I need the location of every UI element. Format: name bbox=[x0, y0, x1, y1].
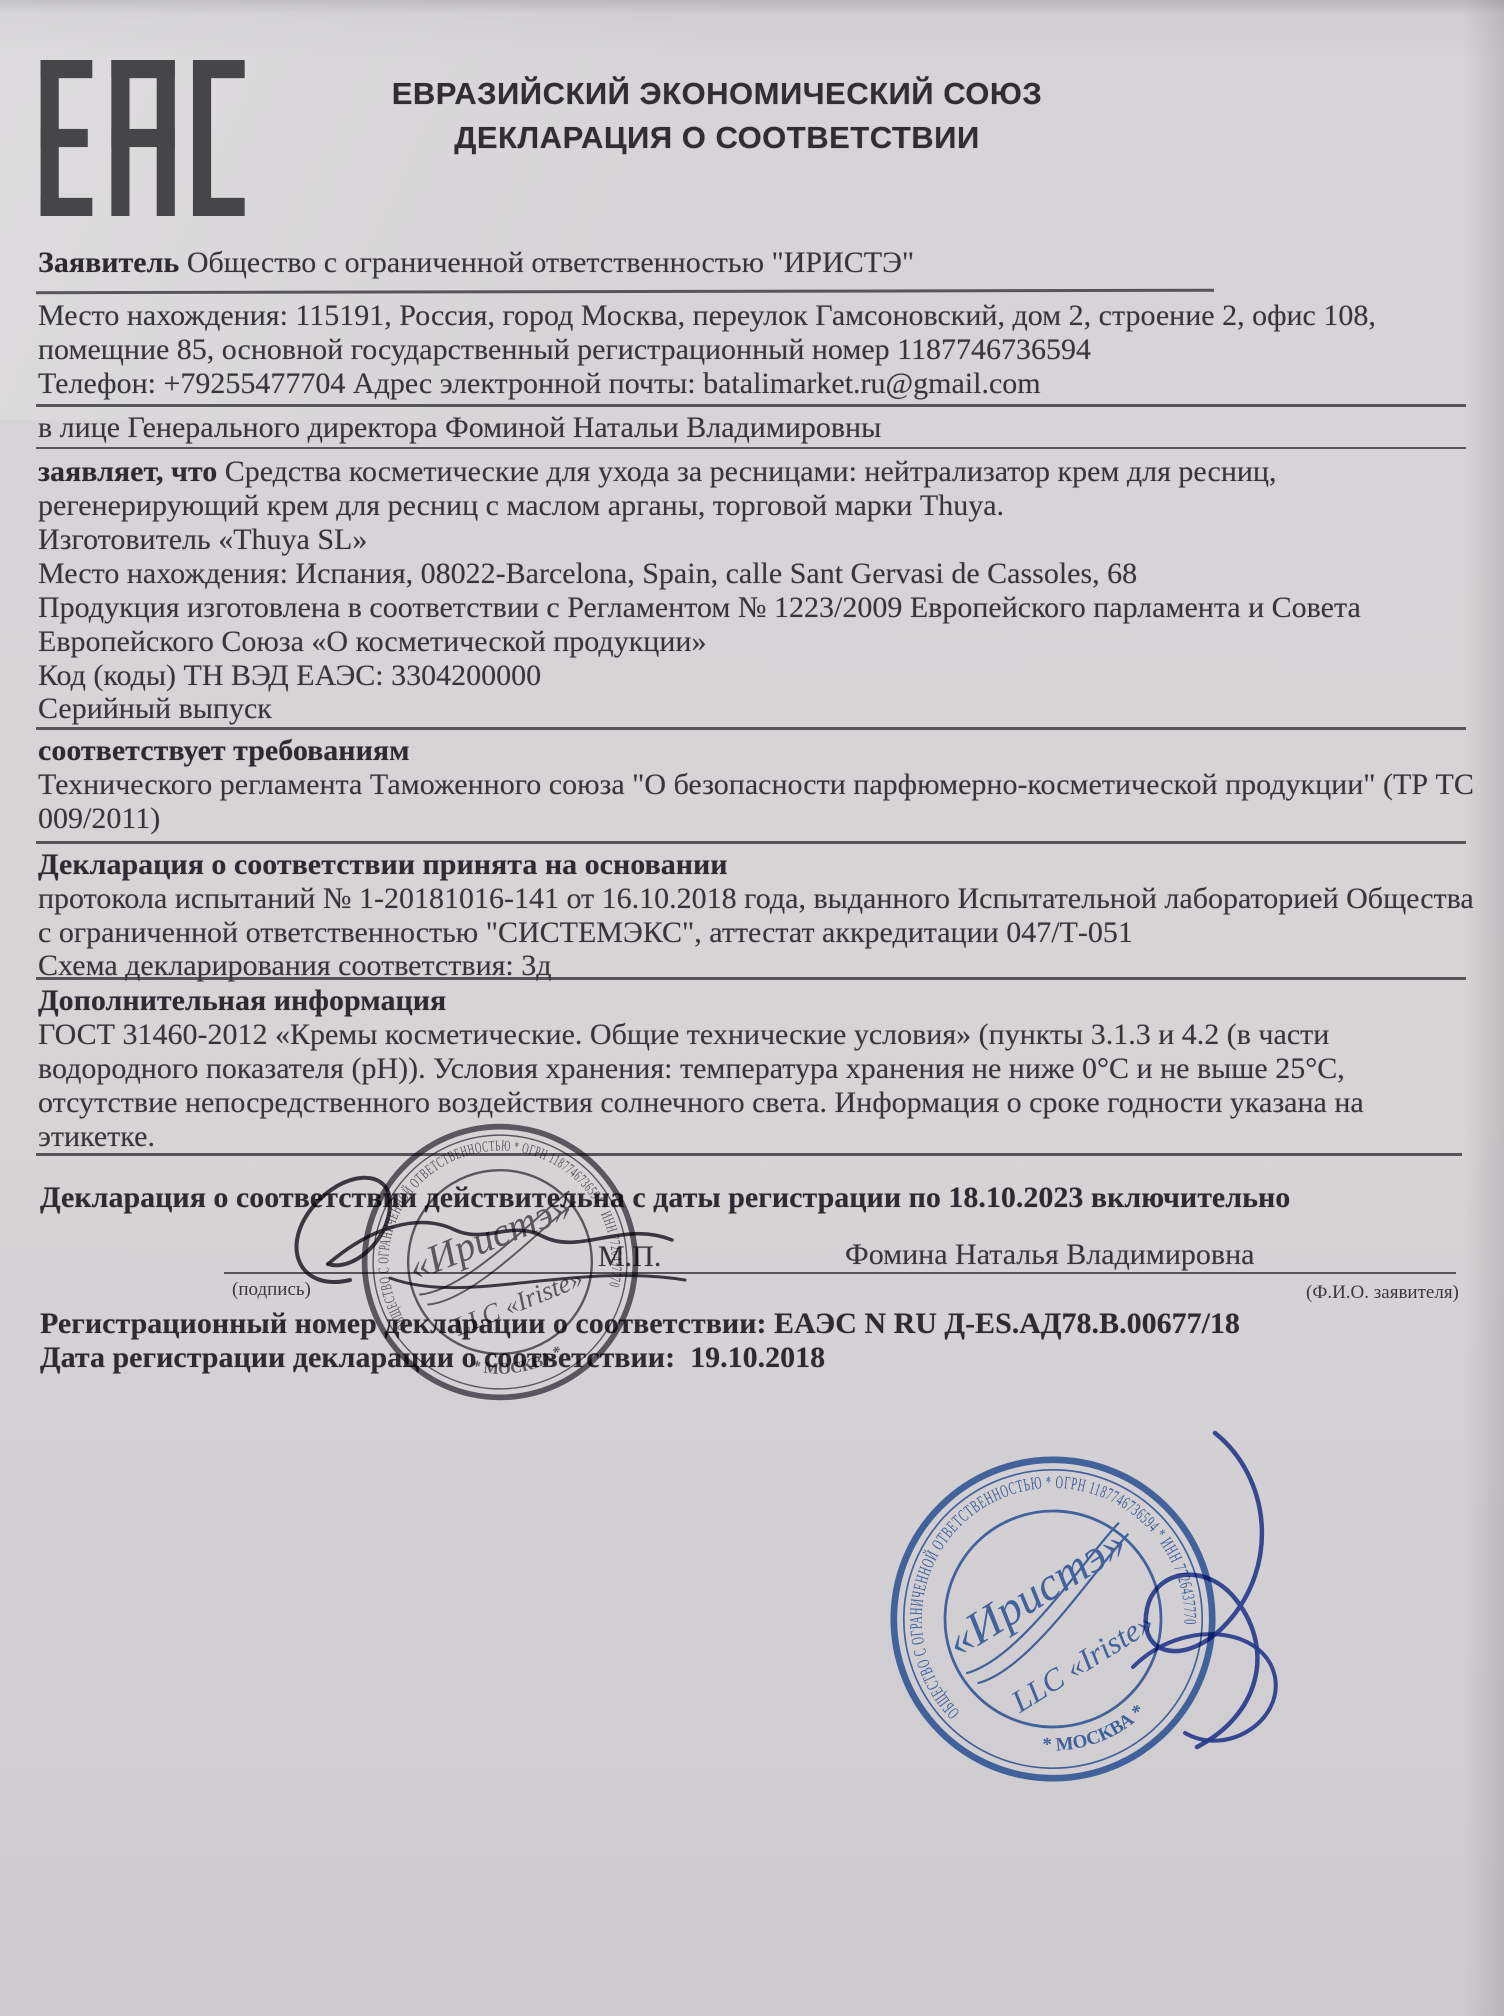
registration-date-line: Дата регистрации декларации о соответств… bbox=[40, 1341, 825, 1375]
svg-text:ОБЩЕСТВО С ОГРАНИЧЕННОЙ ОТВЕТС: ОБЩЕСТВО С ОГРАНИЧЕННОЙ ОТВЕТСТВЕННОСТЬЮ… bbox=[357, 1119, 631, 1335]
stamp-center-name: «Иристэ» bbox=[937, 1516, 1136, 1667]
stamp-city-text: * МОСКВА * bbox=[1035, 1698, 1153, 1767]
manufacturer: Изготовитель «Thuya SL» bbox=[38, 523, 367, 557]
compliance-line2: 009/2011) bbox=[38, 802, 160, 836]
svg-text:ОБЩЕСТВО С ОГРАНИЧЕННОЙ ОТВЕТС: ОБЩЕСТВО С ОГРАНИЧЕННОЙ ОТВЕТСТВЕННОСТЬЮ… bbox=[864, 1430, 1213, 1727]
additional-line4: этикетке. bbox=[38, 1120, 155, 1154]
declares-label: заявляет, что bbox=[38, 455, 217, 488]
basis-line1: протокола испытаний № 1-20181016-141 от … bbox=[38, 882, 1474, 916]
registration-number-line: Регистрационный номер декларации о соотв… bbox=[40, 1307, 1240, 1341]
signature-caption: (подпись) bbox=[232, 1279, 311, 1301]
rule-under-contacts bbox=[36, 404, 1466, 407]
applicant-label: Заявитель bbox=[38, 246, 179, 279]
applicant-address-line2: помещние 85, основной государственный ре… bbox=[38, 333, 1091, 367]
issue-type: Серийный выпуск bbox=[38, 692, 272, 726]
additional-line3: отсутствие непосредственного воздействия… bbox=[38, 1086, 1364, 1120]
applicant-name: Общество с ограниченной ответственностью… bbox=[179, 246, 914, 279]
eac-logo-icon bbox=[40, 60, 248, 216]
signature-handwritten bbox=[240, 1150, 740, 1325]
mp-label: М.П. bbox=[598, 1240, 661, 1274]
production-line2: Европейского Союза «О косметической прод… bbox=[38, 625, 706, 659]
tnved-code: Код (коды) ТН ВЭД ЕАЭС: 3304200000 bbox=[38, 659, 541, 693]
applicant-line: Заявитель Общество с ограниченной ответс… bbox=[38, 246, 914, 280]
declares-line1: заявляет, что Средства косметические для… bbox=[38, 455, 1276, 489]
production-line1: Продукция изготовлена в соответствии с Р… bbox=[38, 591, 1361, 625]
rule-under-issue-type bbox=[36, 727, 1466, 730]
applicant-contacts: Телефон: +79255477704 Адрес электронной … bbox=[38, 367, 1041, 401]
rule-under-compliance bbox=[36, 841, 1466, 844]
stamp-center-name-latin: LLC «Iriste» bbox=[1004, 1605, 1159, 1720]
stamp-ring-text: ОБЩЕСТВО С ОГРАНИЧЕННОЙ ОТВЕТСТВЕННОСТЬЮ… bbox=[864, 1430, 1213, 1727]
signer-name-caption: (Ф.И.О. заявителя) bbox=[1306, 1282, 1459, 1304]
svg-text:* МОСКВА *: * МОСКВА * bbox=[1035, 1698, 1153, 1767]
basis-heading: Декларация о соответствии принята на осн… bbox=[38, 848, 728, 882]
signature-rule bbox=[224, 1272, 1456, 1274]
declares-text-1: Средства косметические для ухода за ресн… bbox=[217, 455, 1276, 488]
applicant-address-line1: Место нахождения: 115191, Россия, город … bbox=[38, 299, 1376, 333]
rule-under-additional bbox=[36, 1153, 1462, 1156]
represented-by: в лице Генерального директора Фоминой На… bbox=[38, 411, 881, 445]
compliance-line1: Технического регламента Таможенного союз… bbox=[38, 768, 1474, 802]
stamp-ring-text: ОБЩЕСТВО С ОГРАНИЧЕННОЙ ОТВЕТСТВЕННОСТЬЮ… bbox=[357, 1119, 631, 1335]
compliance-heading: соответствует требованиям bbox=[38, 734, 410, 768]
validity-line: Декларация о соответствии действительна … bbox=[40, 1181, 1290, 1215]
document-title-line2: ДЕКЛАРАЦИЯ О СООТВЕТСТВИИ bbox=[252, 120, 1182, 156]
document-title-line1: ЕВРАЗИЙСКИЙ ЭКОНОМИЧЕСКИЙ СОЮЗ bbox=[252, 76, 1182, 112]
basis-line2: с ограниченной ответственностью "СИСТЕМЭ… bbox=[38, 916, 1133, 950]
rule-under-basis bbox=[36, 977, 1466, 980]
additional-line2: водородного показателя (рН)). Условия хр… bbox=[38, 1052, 1345, 1086]
additional-line1: ГОСТ 31460-2012 «Кремы косметические. Об… bbox=[38, 1018, 1329, 1052]
rule-under-representative bbox=[36, 447, 1466, 449]
declares-line2: регенерирующий крем для ресниц с маслом … bbox=[38, 489, 1004, 523]
signer-name: Фомина Наталья Владимировна bbox=[845, 1238, 1254, 1272]
company-stamp-blue: ОБЩЕСТВО С ОГРАНИЧЕННОЙ ОТВЕТСТВЕННОСТЬЮ… bbox=[839, 1405, 1267, 1833]
signature-handwritten-blue bbox=[1075, 1415, 1325, 1790]
additional-heading: Дополнительная информация bbox=[38, 984, 446, 1018]
scan-right-shadow bbox=[1464, 0, 1504, 2016]
scanned-declaration-page: ЕВРАЗИЙСКИЙ ЭКОНОМИЧЕСКИЙ СОЮЗ ДЕКЛАРАЦИ… bbox=[0, 0, 1504, 2016]
manufacturer-address: Место нахождения: Испания, 08022-Barcelo… bbox=[38, 557, 1137, 591]
